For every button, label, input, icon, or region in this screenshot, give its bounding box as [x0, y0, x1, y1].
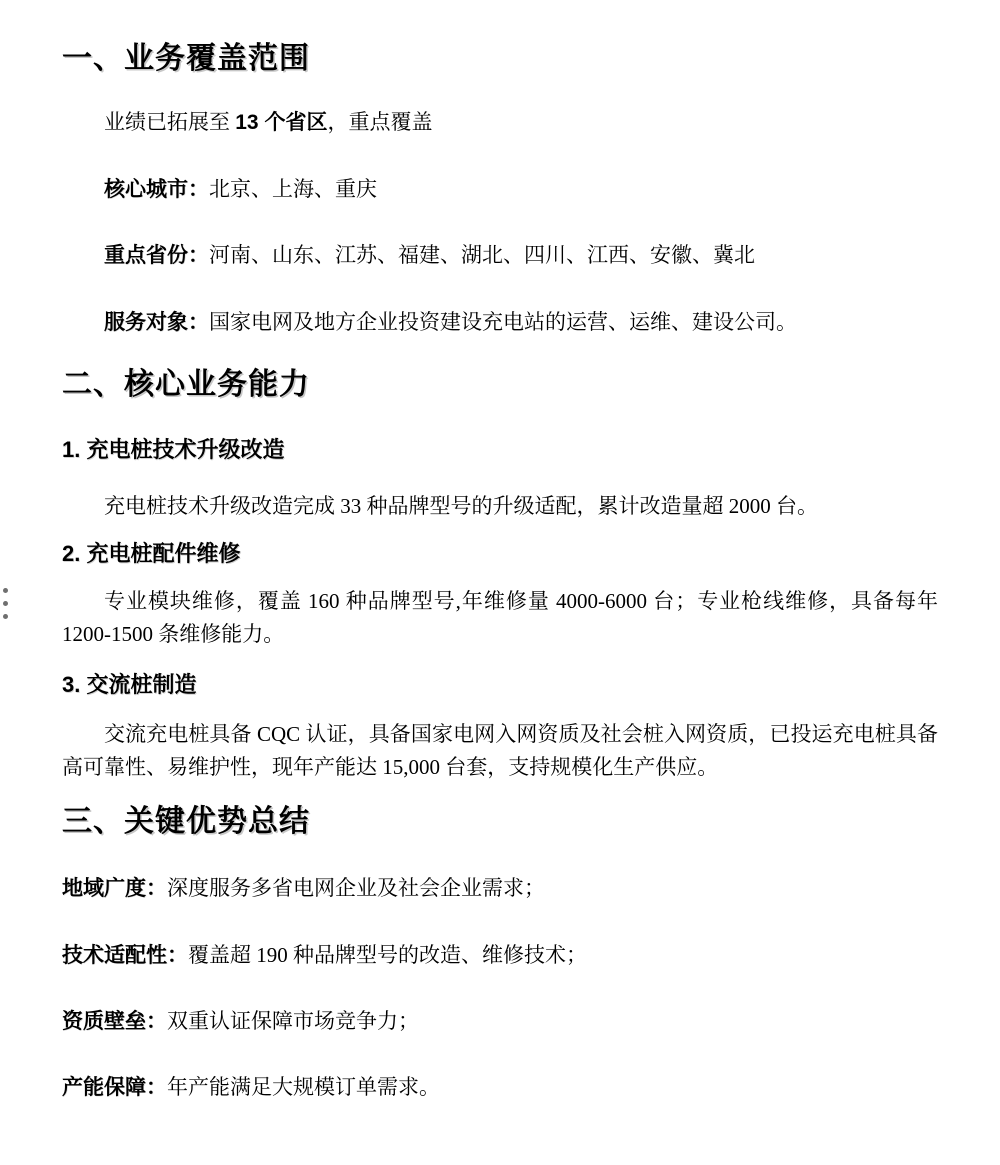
body-paragraph-parts-repair: 专业模块维修，覆盖 160 种品牌型号,年维修量 4000-6000 台；专业枪…	[62, 585, 938, 651]
section-heading-core-capabilities: 二、核心业务能力	[62, 365, 938, 405]
value-service-targets: 国家电网及地方企业投资建设充电站的运营、运维、建设公司。	[209, 310, 797, 334]
labeled-paragraph-tech-adaptability: 技术适配性：覆盖超 190 种品牌型号的改造、维修技术；	[62, 939, 938, 972]
label-regional-breadth: 地域广度：	[62, 877, 167, 900]
intro-bold-provinces-count: 13 个省区	[235, 111, 327, 134]
value-core-cities: 北京、上海、重庆	[209, 177, 377, 201]
section-heading-key-advantages: 三、关键优势总结	[62, 802, 938, 842]
drag-dot	[3, 588, 8, 593]
section-heading-business-coverage: 一、业务覆盖范围	[62, 39, 938, 79]
label-tech-adaptability: 技术适配性：	[62, 944, 188, 967]
subsection-title-parts-repair: 2. 充电桩配件维修	[62, 540, 938, 568]
label-capacity-guarantee: 产能保障：	[62, 1076, 167, 1099]
value-key-provinces: 河南、山东、江苏、福建、湖北、四川、江西、安徽、冀北	[209, 243, 755, 267]
intro-text-pre: 业绩已拓展至	[104, 110, 235, 134]
value-qualification-barrier: 双重认证保障市场竞争力；	[167, 1009, 419, 1033]
drag-dot	[3, 614, 8, 619]
value-tech-adaptability: 覆盖超 190 种品牌型号的改造、维修技术；	[188, 943, 587, 967]
labeled-paragraph-qualification-barrier: 资质壁垒：双重认证保障市场竞争力；	[62, 1005, 938, 1038]
label-core-cities: 核心城市：	[104, 178, 209, 201]
paragraph-drag-handle-icon[interactable]	[3, 588, 8, 619]
labeled-paragraph-regional-breadth: 地域广度：深度服务多省电网企业及社会企业需求；	[62, 872, 938, 905]
labeled-paragraph-key-provinces: 重点省份：河南、山东、江苏、福建、湖北、四川、江西、安徽、冀北	[62, 239, 938, 272]
drag-dot	[3, 601, 8, 606]
value-capacity-guarantee: 年产能满足大规模订单需求。	[167, 1075, 440, 1099]
labeled-paragraph-service-targets: 服务对象：国家电网及地方企业投资建设充电站的运营、运维、建设公司。	[62, 306, 938, 339]
label-key-provinces: 重点省份：	[104, 244, 209, 267]
label-qualification-barrier: 资质壁垒：	[62, 1010, 167, 1033]
labeled-paragraph-capacity-guarantee: 产能保障：年产能满足大规模订单需求。	[62, 1071, 938, 1104]
label-service-targets: 服务对象：	[104, 311, 209, 334]
intro-paragraph: 业绩已拓展至 13 个省区，重点覆盖	[62, 106, 938, 139]
body-paragraph-ac-manufacturing: 交流充电桩具备 CQC 认证，具备国家电网入网资质及社会桩入网资质，已投运充电桩…	[62, 718, 938, 784]
body-paragraph-upgrade: 充电桩技术升级改造完成 33 种品牌型号的升级适配，累计改造量超 2000 台。	[62, 490, 938, 523]
subsection-title-ac-manufacturing: 3. 交流桩制造	[62, 671, 938, 699]
labeled-paragraph-core-cities: 核心城市：北京、上海、重庆	[62, 173, 938, 206]
intro-text-post: ，重点覆盖	[327, 110, 432, 134]
subsection-title-upgrade: 1. 充电桩技术升级改造	[62, 436, 938, 464]
value-regional-breadth: 深度服务多省电网企业及社会企业需求；	[167, 876, 545, 900]
document-page: 一、业务覆盖范围 业绩已拓展至 13 个省区，重点覆盖 核心城市：北京、上海、重…	[0, 0, 1000, 1165]
